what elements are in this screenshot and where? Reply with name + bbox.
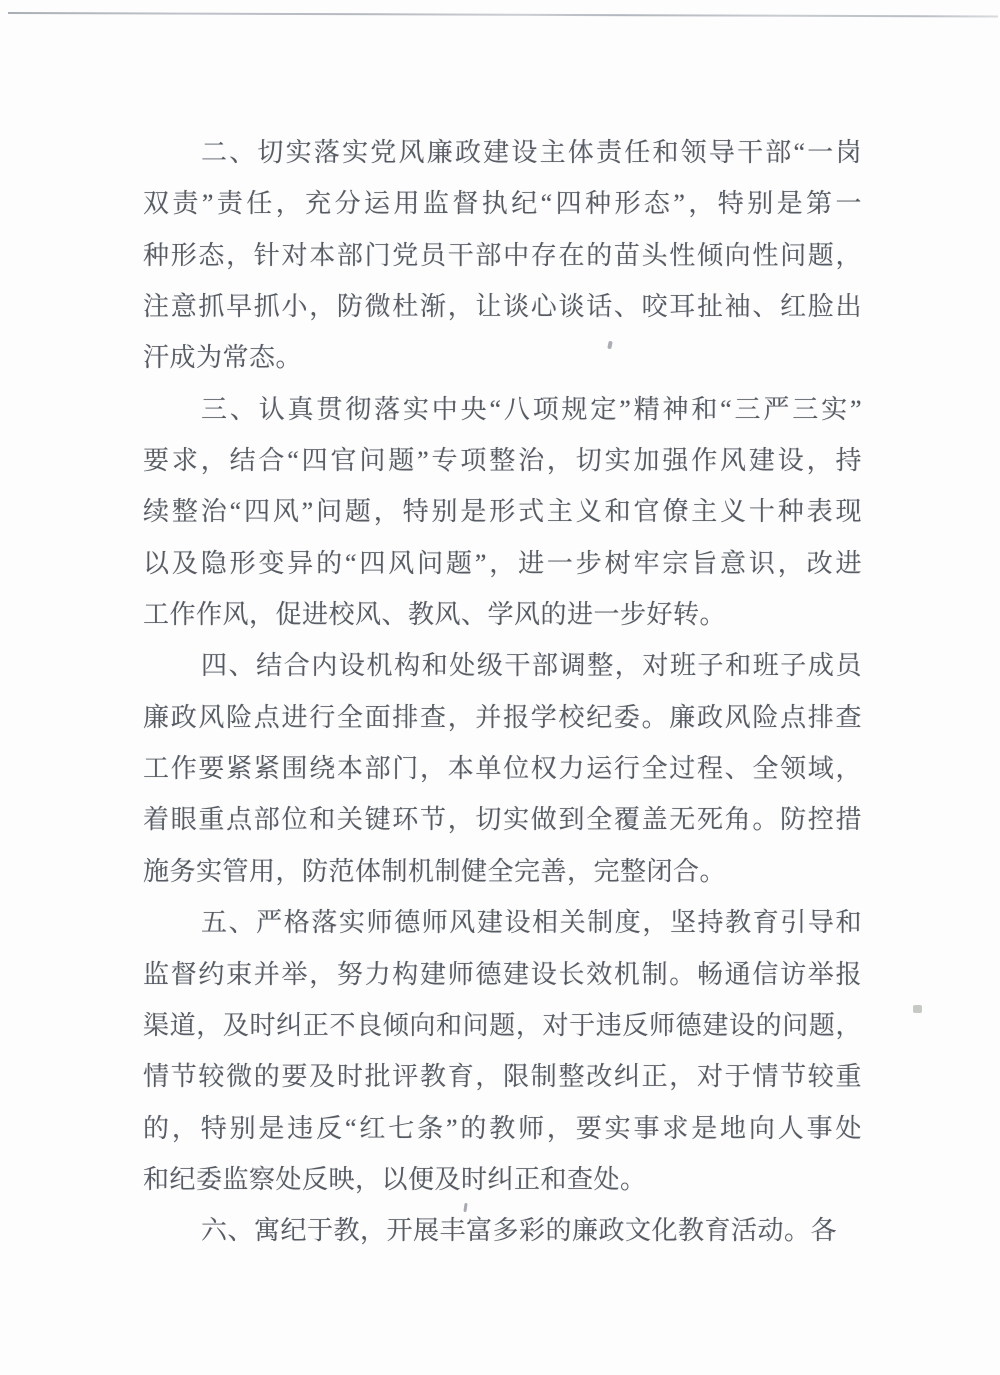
paragraph: 五、严格落实师德师风建设相关制度，坚持教育引导和监督约束并举，努力构建师德建设长…: [143, 897, 862, 1205]
text-line: 着眼重点部位和关键环节，切实做到全覆盖无死角。防控措: [143, 794, 862, 845]
text-line: 双责”责任，充分运用监督执纪“四种形态”，特别是第一: [143, 178, 862, 229]
text-line: 注意抓早抓小，防微杜渐，让谈心谈话、咬耳扯袖、红脸出: [143, 281, 862, 332]
text-line: 要求，结合“四官问题”专项整治，切实加强作风建设，持: [143, 435, 862, 486]
paragraph: 二、切实落实党风廉政建设主体责任和领导干部“一岗双责”责任，充分运用监督执纪“四…: [143, 127, 862, 384]
paragraph: 四、结合内设机构和处级干部调整，对班子和班子成员廉政风险点进行全面排查，并报学校…: [143, 640, 862, 897]
text-line: 续整治“四风”问题，特别是形式主义和官僚主义十种表现: [143, 486, 862, 537]
paragraph: 六、寓纪于教，开展丰富多彩的廉政文化教育活动。各: [143, 1205, 862, 1256]
text-line: 工作作风，促进校风、教风、学风的进一步好转。: [143, 589, 862, 640]
text-line: 二、切实落实党风廉政建设主体责任和领导干部“一岗: [143, 127, 862, 178]
text-line: 三、认真贯彻落实中央“八项规定”精神和“三严三实”: [143, 384, 862, 435]
text-line: 监督约束并举，努力构建师德建设长效机制。畅通信访举报: [143, 949, 862, 1000]
text-line: 六、寓纪于教，开展丰富多彩的廉政文化教育活动。各: [143, 1205, 862, 1256]
text-line: 渠道，及时纠正不良倾向和问题，对于违反师德建设的问题，: [143, 1000, 862, 1051]
text-line: 以及隐形变异的“四风问题”，进一步树牢宗旨意识，改进: [143, 538, 862, 589]
document-body: 二、切实落实党风廉政建设主体责任和领导干部“一岗双责”责任，充分运用监督执纪“四…: [143, 127, 862, 1257]
text-line: 廉政风险点进行全面排查，并报学校纪委。廉政风险点排查: [143, 692, 862, 743]
scan-speck: [913, 1005, 922, 1013]
text-line: 的，特别是违反“红七条”的教师，要实事求是地向人事处: [143, 1103, 862, 1154]
text-line: 情节较微的要及时批评教育，限制整改纠正，对于情节较重: [143, 1051, 862, 1102]
scanned-document-page: 二、切实落实党风廉政建设主体责任和领导干部“一岗双责”责任，充分运用监督执纪“四…: [0, 0, 1000, 1375]
scan-edge-artifact: [8, 12, 998, 17]
text-line: 四、结合内设机构和处级干部调整，对班子和班子成员: [143, 640, 862, 691]
text-line: 施务实管用，防范体制机制健全完善，完整闭合。: [143, 846, 862, 897]
text-line: 工作要紧紧围绕本部门，本单位权力运行全过程、全领域，: [143, 743, 862, 794]
text-line: 汗成为常态。: [143, 332, 862, 383]
text-line: 种形态，针对本部门党员干部中存在的苗头性倾向性问题，: [143, 230, 862, 281]
text-line: 和纪委监察处反映，以便及时纠正和查处。: [143, 1154, 862, 1205]
paragraph: 三、认真贯彻落实中央“八项规定”精神和“三严三实”要求，结合“四官问题”专项整治…: [143, 384, 862, 641]
text-line: 五、严格落实师德师风建设相关制度，坚持教育引导和: [143, 897, 862, 948]
